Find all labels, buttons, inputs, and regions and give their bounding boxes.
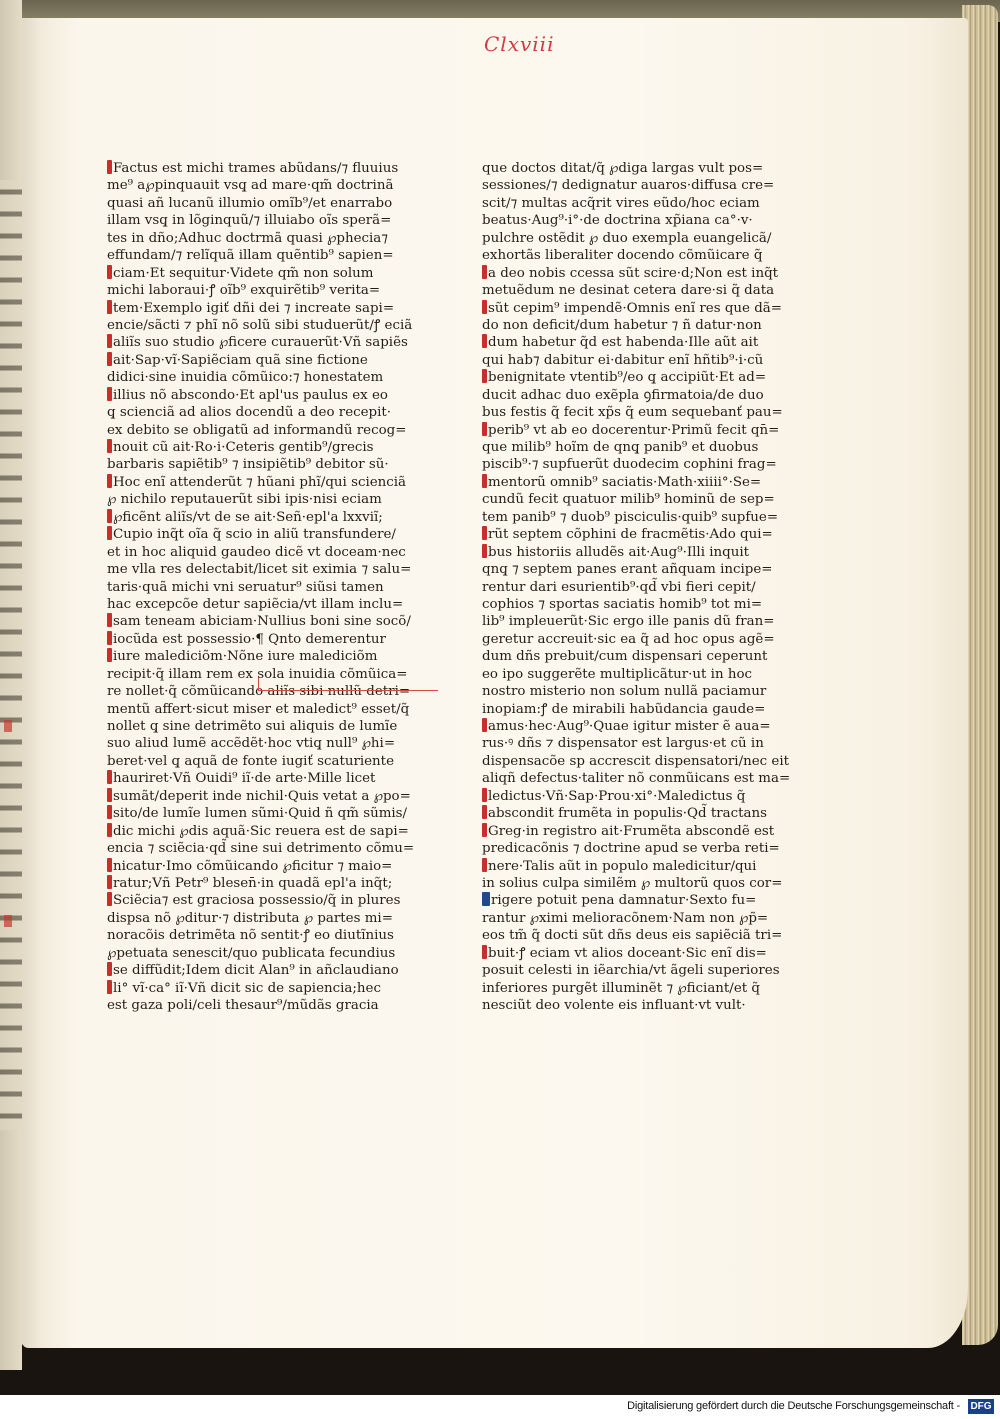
rubrication-mark-icon bbox=[482, 805, 487, 819]
text-line: nesciũt deo volente eis influant·vt vult… bbox=[482, 997, 792, 1014]
text-line: dispsa nõ ℘ditur·⁊ distributa ℘ partes m… bbox=[107, 910, 437, 927]
line-text: suo aliud lumẽ accẽdẽt·hoc vtiq̧ null⁹ ℘… bbox=[107, 736, 395, 751]
line-text: nollet q̧ sine detrimẽto sui aliquis de … bbox=[107, 719, 397, 734]
text-line: do non deficit/dum habetur ⁊ ñ datur·non bbox=[482, 317, 792, 334]
text-line: buit·ꝭ eciam vt alios doceant·Sic enĩ di… bbox=[482, 945, 792, 962]
rubrication-mark-icon bbox=[482, 788, 487, 802]
line-text: que doctos ditat/q̃ ℘diga largas vult po… bbox=[482, 161, 763, 176]
line-text: metuẽdum ne desinat cetera dare·si q̃ da… bbox=[482, 283, 774, 298]
text-line: mentũ affert·sicut miser et maledict⁹ es… bbox=[107, 701, 437, 718]
facing-page-rubric bbox=[4, 720, 12, 732]
line-text: amus·hec·Aug⁹·Quae igitur mister ẽ aua= bbox=[488, 719, 771, 734]
rubrication-mark-icon bbox=[107, 160, 112, 174]
rubrication-mark-icon bbox=[482, 858, 487, 872]
text-line: scit/⁊ multas acq̃rit vires eũdo/hoc eci… bbox=[482, 195, 792, 212]
line-text: Sciẽcia⁊ est graciosa possessio/q̃ in pl… bbox=[113, 893, 400, 908]
rubrication-mark-icon bbox=[482, 265, 487, 279]
line-text: aliĩs suo studio ℘ficere curauerũt·Vñ sa… bbox=[113, 335, 408, 350]
line-text: iure malediciõm·Nõne iure malediciõm bbox=[113, 649, 377, 664]
line-text: didici·sine inuidia cõmũico:⁊ honestatem bbox=[107, 370, 383, 385]
rubrication-mark-icon bbox=[482, 334, 487, 348]
line-text: illam vsq̧ in lõginquũ/⁊ illuiabo oĩs sp… bbox=[107, 213, 391, 228]
line-text: sũt cepim⁹ impendẽ·Omnis enĩ res que dã= bbox=[488, 301, 782, 316]
text-line: ℘ficẽnt aliĩs/vt de se ait·Señ·epl'a lxx… bbox=[107, 509, 437, 526]
line-text: eos tm̃ q̃ docti sũt dñs deus eis sapiẽc… bbox=[482, 928, 782, 943]
line-text: bus historiis alludẽs ait·Aug⁹·Illi inqu… bbox=[488, 545, 749, 560]
text-line: iure malediciõm·Nõne iure malediciõm bbox=[107, 648, 437, 665]
text-line: nollet q̧ sine detrimẽto sui aliquis de … bbox=[107, 718, 437, 735]
rubrication-mark-icon bbox=[482, 526, 487, 540]
line-text: hauriret·Vñ Ouidi⁹ iĩ·de arte·Mille lice… bbox=[113, 771, 375, 786]
text-line: sessiones/⁊ dedignatur auaros·diffusa cr… bbox=[482, 177, 792, 194]
text-line: aliĩs suo studio ℘ficere curauerũt·Vñ sa… bbox=[107, 334, 437, 351]
text-line: beret·vel q̧ aquã de fonte iugiť scaturi… bbox=[107, 753, 437, 770]
line-text: michi laboraui·ꝭ oĩb⁹ exquirẽtib⁹ verita… bbox=[107, 283, 380, 298]
text-line: noracõis detrimẽta nõ sentit·ꝭ eo diutĩn… bbox=[107, 927, 437, 944]
text-line: abscondit frumẽta in populis·Qd̃ tractan… bbox=[482, 805, 792, 822]
text-line: dic michi ℘dis aquã·Sic reuera est de sa… bbox=[107, 823, 437, 840]
line-text: rus·ꝰ dñs ⁊ dispensator est largus·et cũ… bbox=[482, 736, 764, 751]
rubrication-mark-icon bbox=[482, 422, 487, 436]
line-text: benignitate vtentib⁹/eo q̧ accipiũt·Et a… bbox=[488, 370, 766, 385]
text-line: effundam/⁊ relĩquã illam quẽntib⁹ sapien… bbox=[107, 247, 437, 264]
text-line: q̧ scienciã ad alios docendũ a deo recep… bbox=[107, 404, 437, 421]
line-text: do non deficit/dum habetur ⁊ ñ datur·non bbox=[482, 318, 762, 333]
line-text: illius nõ abscondo·Et apl'us paulus ex e… bbox=[113, 388, 388, 403]
text-line: Greg·in registro ait·Frumẽta abscondẽ es… bbox=[482, 823, 792, 840]
text-line: ciam·Et sequitur·Videte qm̃ non solum bbox=[107, 265, 437, 282]
text-line: nouit cũ ait·Ro·i·Ceteris gentib⁹/grecis bbox=[107, 439, 437, 456]
rubrication-mark-icon bbox=[107, 334, 112, 348]
line-text: q̧ scienciã ad alios docendũ a deo recep… bbox=[107, 405, 391, 420]
text-line: bus festis q̃ fecit xp̃s q̃ eum sequeban… bbox=[482, 404, 792, 421]
line-text: dispensacõe sp accrescit dispensatori/ne… bbox=[482, 754, 789, 769]
text-line: me vlla res delectabit/licet sit eximia … bbox=[107, 561, 437, 578]
text-line: ex debito se obligatũ ad informandũ reco… bbox=[107, 422, 437, 439]
rubrication-mark-icon bbox=[107, 631, 112, 645]
rubrication-mark-icon bbox=[482, 300, 487, 314]
line-text: tem panib⁹ ⁊ duob⁹ pisciculis·quib⁹ supf… bbox=[482, 510, 778, 525]
line-text: predicacõnis ⁊ doctrine apud se verba re… bbox=[482, 841, 780, 856]
line-text: ducit adhac duo exẽpla ꝯfirmatoia/de duo bbox=[482, 388, 764, 403]
text-line: michi laboraui·ꝭ oĩb⁹ exquirẽtib⁹ verita… bbox=[107, 282, 437, 299]
text-line: Cupio inq̃t oĩa q̃ scio in aliũ transfun… bbox=[107, 526, 437, 543]
text-line: tes in dño;Adhuc doctrmã quasi ℘phecia⁊ bbox=[107, 230, 437, 247]
text-line: inferiores purgẽt illuminẽt ⁊ ℘ficiant/e… bbox=[482, 980, 792, 997]
text-line: metuẽdum ne desinat cetera dare·si q̃ da… bbox=[482, 282, 792, 299]
text-line: barbaris sapiẽtib⁹ ⁊ insipiẽtib⁹ debitor… bbox=[107, 456, 437, 473]
rubrication-mark-icon bbox=[107, 300, 112, 314]
line-text: piscib⁹·⁊ supfuerũt duodecim cophini fra… bbox=[482, 457, 777, 472]
facing-page-text bbox=[0, 180, 22, 1130]
rubrication-mark-icon bbox=[107, 352, 112, 366]
line-text: aliqñ defectus·taliter nõ conmũicans est… bbox=[482, 771, 790, 786]
line-text: rantur ℘ximi melioracõnem·Nam non ℘p̃= bbox=[482, 911, 768, 926]
text-line: nostro misterio non solum nullã paciamur bbox=[482, 683, 792, 700]
line-text: sam teneam abiciam·Nullius boni sine soc… bbox=[113, 614, 411, 629]
text-line: Factus est michi trames abũdans/⁊ fluuiu… bbox=[107, 160, 437, 177]
line-text: inferiores purgẽt illuminẽt ⁊ ℘ficiant/e… bbox=[482, 981, 760, 996]
rubrication-mark-icon bbox=[107, 613, 112, 627]
text-line: piscib⁹·⁊ supfuerũt duodecim cophini fra… bbox=[482, 456, 792, 473]
rubrication-mark-icon bbox=[107, 805, 112, 819]
text-line: ducit adhac duo exẽpla ꝯfirmatoia/de duo bbox=[482, 387, 792, 404]
line-text: qui hab⁊ dabitur ei·dabitur enĩ hñtib⁹·i… bbox=[482, 353, 763, 368]
text-line: ledictus·Vñ·Sap·Prou·xi°·Maledictus q̃ bbox=[482, 788, 792, 805]
line-text: geretur accreuit·sic ea q̃ ad hoc opus a… bbox=[482, 632, 775, 647]
text-line: tem·Exemplo igiť dñi dei ⁊ increate sapi… bbox=[107, 300, 437, 317]
text-line: benignitate vtentib⁹/eo q̧ accipiũt·Et a… bbox=[482, 369, 792, 386]
line-text: cophios ⁊ sportas saciatis homib⁹ tot mi… bbox=[482, 597, 762, 612]
text-line: a deo nobis ccessa sũt scire·d;Non est i… bbox=[482, 265, 792, 282]
text-line: eos tm̃ q̃ docti sũt dñs deus eis sapiẽc… bbox=[482, 927, 792, 944]
rubrication-mark-icon bbox=[482, 718, 487, 732]
text-line: est gaza poli/celi thesaur⁹/mũdãs gracia bbox=[107, 997, 437, 1014]
text-line: geretur accreuit·sic ea q̃ ad hoc opus a… bbox=[482, 631, 792, 648]
text-line: nicatur·Imo cõmũicando ℘ficitur ⁊ maio= bbox=[107, 858, 437, 875]
line-text: a deo nobis ccessa sũt scire·d;Non est i… bbox=[488, 266, 778, 281]
text-line: et in hoc aliquid gaudeo dicẽ vt doceam·… bbox=[107, 544, 437, 561]
line-text: ciam·Et sequitur·Videte qm̃ non solum bbox=[113, 266, 373, 281]
rubrication-mark-icon bbox=[482, 474, 487, 488]
line-text: li° vĩ·ca° iĩ·Vñ dicit sic de sapiencia;… bbox=[113, 981, 381, 996]
line-text: Factus est michi trames abũdans/⁊ fluuiu… bbox=[113, 161, 398, 176]
rubrication-mark-icon bbox=[107, 509, 112, 523]
line-text: que milib⁹ hoĩm de qnq̧ panib⁹ et duobus bbox=[482, 440, 758, 455]
text-line: quasi añ lucanũ illumio omĩb⁹/et enarrab… bbox=[107, 195, 437, 212]
line-text: eo ipo suggerẽte multiplicãtur·ut in hoc bbox=[482, 667, 752, 682]
line-text: bus festis q̃ fecit xp̃s q̃ eum sequeban… bbox=[482, 405, 783, 420]
dfg-logo-icon: DFG bbox=[968, 1399, 994, 1414]
line-text: ℘ficẽnt aliĩs/vt de se ait·Señ·epl'a lxx… bbox=[113, 510, 383, 525]
line-text: inopiam:ꝭ de mirabili habũdancia gaude= bbox=[482, 702, 765, 717]
line-text: nere·Talis aũt in populo maledicitur/qui bbox=[488, 859, 756, 874]
text-line: inopiam:ꝭ de mirabili habũdancia gaude= bbox=[482, 701, 792, 718]
line-text: mentorũ omnib⁹ saciatis·Math·xiiii°·Se= bbox=[488, 475, 761, 490]
text-line: cundũ fecit quatuor milib⁹ hominũ de sep… bbox=[482, 491, 792, 508]
text-line: ℘ nichilo reputauerũt sibi ipis·nisi eci… bbox=[107, 491, 437, 508]
rubrication-mark-icon bbox=[107, 858, 112, 872]
line-text: dum habetur q̃d est habenda·Ille aũt ait bbox=[488, 335, 758, 350]
text-line: dum habetur q̃d est habenda·Ille aũt ait bbox=[482, 334, 792, 351]
line-text: rigere potuit pena damnatur·Sexto fu= bbox=[491, 893, 756, 908]
line-text: cundũ fecit quatuor milib⁹ hominũ de sep… bbox=[482, 492, 775, 507]
line-text: qnq̧ ⁊ septem panes erant añquam incipe= bbox=[482, 562, 773, 577]
line-text: ex debito se obligatũ ad informandũ reco… bbox=[107, 423, 406, 438]
rubrication-mark-icon bbox=[107, 770, 112, 784]
text-line: Hoc enĩ attenderũt ⁊ hũani phĩ/qui scien… bbox=[107, 474, 437, 491]
text-line: sito/de lumĩe lumen sũmi·Quid ñ qm̃ sũmi… bbox=[107, 805, 437, 822]
text-line: posuit celesti in iẽarchia/vt ãgeli supe… bbox=[482, 962, 792, 979]
line-text: Hoc enĩ attenderũt ⁊ hũani phĩ/qui scien… bbox=[113, 475, 406, 490]
line-text: tem·Exemplo igiť dñi dei ⁊ increate sapi… bbox=[113, 301, 394, 316]
line-text: se diffũdit;Idem dicit Alan⁹ in añclaudi… bbox=[113, 963, 399, 978]
text-line: ℘petuata senescit/quo publicata fecundiu… bbox=[107, 945, 437, 962]
text-line: rentur dari esurientib⁹·qd̃ vbi fieri ce… bbox=[482, 579, 792, 596]
book-scan: Clxviii Factus est michi trames abũdans/… bbox=[0, 0, 1000, 1395]
paragraph-mark-rule bbox=[258, 690, 438, 691]
line-text: ledictus·Vñ·Sap·Prou·xi°·Maledictus q̃ bbox=[488, 789, 745, 804]
line-text: abscondit frumẽta in populis·Qd̃ tractan… bbox=[488, 806, 767, 821]
text-line: rigere potuit pena damnatur·Sexto fu= bbox=[482, 892, 792, 909]
text-line: sumãt/deperit inde nichil·Quis vetat a ℘… bbox=[107, 788, 437, 805]
text-line: que doctos ditat/q̃ ℘diga largas vult po… bbox=[482, 160, 792, 177]
line-text: rũt septem cõphini de fracmẽtis·Ado qui= bbox=[488, 527, 773, 542]
line-text: lib⁹ impleuerũt·Sic ergo ille panis dũ f… bbox=[482, 614, 774, 629]
line-text: noracõis detrimẽta nõ sentit·ꝭ eo diutĩn… bbox=[107, 928, 394, 943]
text-line: amus·hec·Aug⁹·Quae igitur mister ẽ aua= bbox=[482, 718, 792, 735]
text-line: rus·ꝰ dñs ⁊ dispensator est largus·et cũ… bbox=[482, 735, 792, 752]
line-text: nesciũt deo volente eis influant·vt vult… bbox=[482, 998, 746, 1013]
text-line: me⁹ a℘pinquauit vsq̧ ad mare·qm̃ doctrin… bbox=[107, 177, 437, 194]
line-text: dispsa nõ ℘ditur·⁊ distributa ℘ partes m… bbox=[107, 911, 393, 926]
text-line: ratur;Vñ Petr⁹ blesen̄·in quadã epl'a in… bbox=[107, 875, 437, 892]
line-text: Cupio inq̃t oĩa q̃ scio in aliũ transfun… bbox=[113, 527, 396, 542]
line-text: rentur dari esurientib⁹·qd̃ vbi fieri ce… bbox=[482, 580, 756, 595]
line-text: et in hoc aliquid gaudeo dicẽ vt doceam·… bbox=[107, 545, 406, 560]
rubrication-mark-icon bbox=[107, 526, 112, 540]
line-text: scit/⁊ multas acq̃rit vires eũdo/hoc eci… bbox=[482, 196, 760, 211]
line-text: ℘petuata senescit/quo publicata fecundiu… bbox=[107, 946, 395, 961]
rubrication-mark-icon bbox=[482, 369, 487, 383]
text-line: ait·Sap·vĩ·Sapiẽciam quã sine fictione bbox=[107, 352, 437, 369]
line-text: exhortãs liberaliter docendo cõmũicare q… bbox=[482, 248, 762, 263]
text-line: recipit·q̃ illam rem ex sola inuidia cõm… bbox=[107, 666, 437, 683]
line-text: mentũ affert·sicut miser et maledict⁹ es… bbox=[107, 702, 409, 717]
text-line: taris·quã michi vni seruatur⁹ siũsi tame… bbox=[107, 579, 437, 596]
line-text: barbaris sapiẽtib⁹ ⁊ insipiẽtib⁹ debitor… bbox=[107, 457, 389, 472]
rubrication-mark-icon bbox=[107, 788, 112, 802]
rubrication-mark-icon bbox=[107, 892, 112, 906]
rubrication-mark-icon bbox=[107, 648, 112, 662]
text-line: iocũda est possessio·¶ Qnto demerentur bbox=[107, 631, 437, 648]
text-line: exhortãs liberaliter docendo cõmũicare q… bbox=[482, 247, 792, 264]
rubrication-mark-icon bbox=[482, 823, 487, 837]
facing-page-edge bbox=[0, 0, 22, 1370]
line-text: taris·quã michi vni seruatur⁹ siũsi tame… bbox=[107, 580, 384, 595]
text-line: predicacõnis ⁊ doctrine apud se verba re… bbox=[482, 840, 792, 857]
paragraph-mark-rule bbox=[258, 678, 259, 690]
rubrication-mark-icon bbox=[107, 823, 112, 837]
line-text: ratur;Vñ Petr⁹ blesen̄·in quadã epl'a in… bbox=[113, 876, 392, 891]
text-line: encia ⁊ sciẽcia·qd̃ sine sui detrimento … bbox=[107, 840, 437, 857]
text-line: nere·Talis aũt in populo maledicitur/qui bbox=[482, 858, 792, 875]
funding-credit: Digitalisierung gefördert durch die Deut… bbox=[627, 1400, 960, 1412]
text-line: li° vĩ·ca° iĩ·Vñ dicit sic de sapiencia;… bbox=[107, 980, 437, 997]
rubrication-mark-icon bbox=[107, 962, 112, 976]
text-line: perib⁹ vt ab eo docerentur·Primũ fecit q… bbox=[482, 422, 792, 439]
line-text: posuit celesti in iẽarchia/vt ãgeli supe… bbox=[482, 963, 780, 978]
text-line: qui hab⁊ dabitur ei·dabitur enĩ hñtib⁹·i… bbox=[482, 352, 792, 369]
folio-number: Clxviii bbox=[484, 32, 554, 56]
text-line: dum dñs prebuit/cum dispensari ceperunt bbox=[482, 648, 792, 665]
line-text: sessiones/⁊ dedignatur auaros·diffusa cr… bbox=[482, 178, 774, 193]
line-text: tes in dño;Adhuc doctrmã quasi ℘phecia⁊ bbox=[107, 231, 388, 246]
rubrication-mark-icon bbox=[107, 387, 112, 401]
text-line: illius nõ abscondo·Et apl'us paulus ex e… bbox=[107, 387, 437, 404]
text-line: eo ipo suggerẽte multiplicãtur·ut in hoc bbox=[482, 666, 792, 683]
rubrication-mark-icon bbox=[107, 265, 112, 279]
text-line: illam vsq̧ in lõginquũ/⁊ illuiabo oĩs sp… bbox=[107, 212, 437, 229]
text-line: sũt cepim⁹ impendẽ·Omnis enĩ res que dã= bbox=[482, 300, 792, 317]
text-line: rantur ℘ximi melioracõnem·Nam non ℘p̃= bbox=[482, 910, 792, 927]
text-line: beatus·Aug⁹·i°·de doctrina xp̃iana ca°·v… bbox=[482, 212, 792, 229]
text-line: rũt septem cõphini de fracmẽtis·Ado qui= bbox=[482, 526, 792, 543]
line-text: est gaza poli/celi thesaur⁹/mũdãs gracia bbox=[107, 998, 379, 1013]
rubrication-mark-icon bbox=[482, 544, 487, 558]
line-text: effundam/⁊ relĩquã illam quẽntib⁹ sapien… bbox=[107, 248, 394, 263]
line-text: in solius culpa similẽm ℘ multorũ quos c… bbox=[482, 876, 782, 891]
line-text: perib⁹ vt ab eo docerentur·Primũ fecit q… bbox=[488, 423, 779, 438]
line-text: sito/de lumĩe lumen sũmi·Quid ñ qm̃ sũmi… bbox=[113, 806, 407, 821]
text-line: pulchre ostẽdit ℘ duo exempla euangelicã… bbox=[482, 230, 792, 247]
rubrication-mark-icon bbox=[107, 474, 112, 488]
line-text: buit·ꝭ eciam vt alios doceant·Sic enĩ di… bbox=[488, 946, 767, 961]
text-line: sam teneam abiciam·Nullius boni sine soc… bbox=[107, 613, 437, 630]
text-line: lib⁹ impleuerũt·Sic ergo ille panis dũ f… bbox=[482, 613, 792, 630]
line-text: beatus·Aug⁹·i°·de doctrina xp̃iana ca°·v… bbox=[482, 213, 753, 228]
text-line: tem panib⁹ ⁊ duob⁹ pisciculis·quib⁹ supf… bbox=[482, 509, 792, 526]
line-text: beret·vel q̧ aquã de fonte iugiť scaturi… bbox=[107, 754, 394, 769]
line-text: nostro misterio non solum nullã paciamur bbox=[482, 684, 766, 699]
rubrication-mark-icon bbox=[107, 875, 112, 889]
text-line: dispensacõe sp accrescit dispensatori/ne… bbox=[482, 753, 792, 770]
text-line: Sciẽcia⁊ est graciosa possessio/q̃ in pl… bbox=[107, 892, 437, 909]
line-text: me vlla res delectabit/licet sit eximia … bbox=[107, 562, 411, 577]
text-column-right: que doctos ditat/q̃ ℘diga largas vult po… bbox=[482, 160, 792, 1014]
text-line: mentorũ omnib⁹ saciatis·Math·xiiii°·Se= bbox=[482, 474, 792, 491]
line-text: Greg·in registro ait·Frumẽta abscondẽ es… bbox=[488, 824, 774, 839]
text-line: in solius culpa similẽm ℘ multorũ quos c… bbox=[482, 875, 792, 892]
footer-bar: Digitalisierung gefördert durch die Deut… bbox=[0, 1395, 1000, 1419]
line-text: pulchre ostẽdit ℘ duo exempla euangelicã… bbox=[482, 231, 771, 246]
text-line: re nollet·q̃ cõmũicando aliĩs sibi nullũ… bbox=[107, 683, 437, 700]
line-text: quasi añ lucanũ illumio omĩb⁹/et enarrab… bbox=[107, 196, 392, 211]
text-line: que milib⁹ hoĩm de qnq̧ panib⁹ et duobus bbox=[482, 439, 792, 456]
line-text: ait·Sap·vĩ·Sapiẽciam quã sine fictione bbox=[113, 353, 368, 368]
text-line: qnq̧ ⁊ septem panes erant añquam incipe= bbox=[482, 561, 792, 578]
text-line: se diffũdit;Idem dicit Alan⁹ in añclaudi… bbox=[107, 962, 437, 979]
rubrication-mark-icon bbox=[107, 980, 112, 994]
line-text: nicatur·Imo cõmũicando ℘ficitur ⁊ maio= bbox=[113, 859, 392, 874]
line-text: ℘ nichilo reputauerũt sibi ipis·nisi eci… bbox=[107, 492, 382, 507]
line-text: hac excepcõe detur sapiẽcia/vt illam inc… bbox=[107, 597, 403, 612]
text-line: didici·sine inuidia cõmũico:⁊ honestatem bbox=[107, 369, 437, 386]
line-text: encia ⁊ sciẽcia·qd̃ sine sui detrimento … bbox=[107, 841, 414, 856]
rubrication-mark-icon bbox=[482, 892, 490, 906]
line-text: sumãt/deperit inde nichil·Quis vetat a ℘… bbox=[113, 789, 411, 804]
text-line: suo aliud lumẽ accẽdẽt·hoc vtiq̧ null⁹ ℘… bbox=[107, 735, 437, 752]
facing-page-rubric bbox=[4, 915, 12, 927]
rubrication-mark-icon bbox=[107, 439, 112, 453]
line-text: iocũda est possessio·¶ Qnto demerentur bbox=[113, 632, 386, 647]
line-text: dum dñs prebuit/cum dispensari ceperunt bbox=[482, 649, 767, 664]
line-text: encie/sãcti ⁊ phĩ nõ solũ sibi studuerũt… bbox=[107, 318, 412, 333]
text-column-left: Factus est michi trames abũdans/⁊ fluuiu… bbox=[107, 160, 437, 1014]
rubrication-mark-icon bbox=[482, 945, 487, 959]
text-line: encie/sãcti ⁊ phĩ nõ solũ sibi studuerũt… bbox=[107, 317, 437, 334]
text-line: aliqñ defectus·taliter nõ conmũicans est… bbox=[482, 770, 792, 787]
text-line: hac excepcõe detur sapiẽcia/vt illam inc… bbox=[107, 596, 437, 613]
line-text: nouit cũ ait·Ro·i·Ceteris gentib⁹/grecis bbox=[113, 440, 374, 455]
text-line: cophios ⁊ sportas saciatis homib⁹ tot mi… bbox=[482, 596, 792, 613]
text-line: hauriret·Vñ Ouidi⁹ iĩ·de arte·Mille lice… bbox=[107, 770, 437, 787]
text-line: bus historiis alludẽs ait·Aug⁹·Illi inqu… bbox=[482, 544, 792, 561]
line-text: dic michi ℘dis aquã·Sic reuera est de sa… bbox=[113, 824, 409, 839]
line-text: me⁹ a℘pinquauit vsq̧ ad mare·qm̃ doctrin… bbox=[107, 178, 393, 193]
